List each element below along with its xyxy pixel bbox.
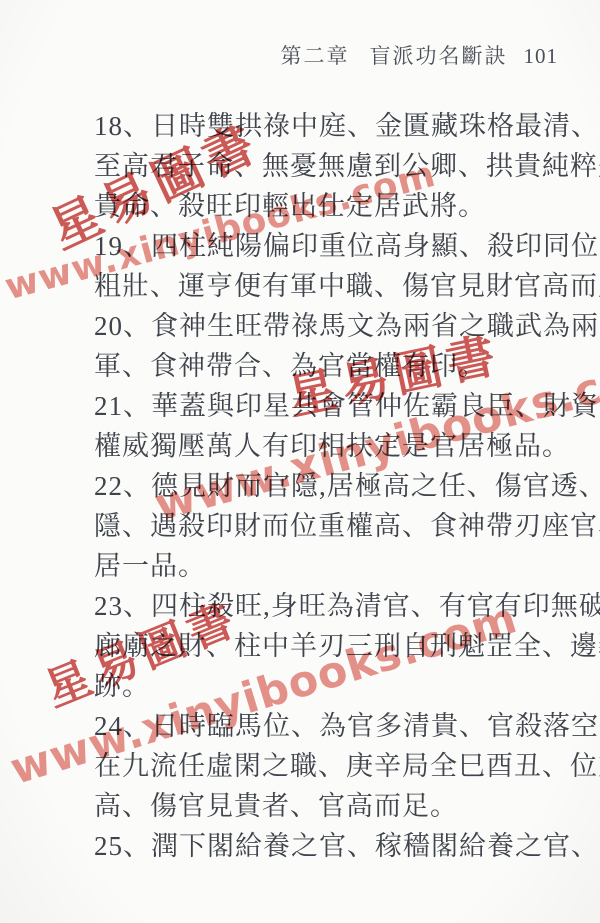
text-line-item-18: 貴命、殺旺印輕出仕定居武將。 — [94, 186, 556, 226]
text-line-item-22: 22、德見財而官隱,居極高之任、傷官透、正官 — [94, 466, 556, 506]
chapter-title: 盲派功名斷訣 — [370, 44, 508, 68]
text-line-item-21: 21、華蓋與印星共會管仲佐霸良臣、財資七殺 — [94, 386, 556, 426]
text-line-item-19: 19、四柱純陽偏印重位高身顯、殺印同位心膽 — [94, 226, 556, 266]
text-line-item-23: 23、四柱殺旺,身旺為清官、有官有印無破、作 — [94, 586, 556, 626]
body-text: 18、日時雙拱祿中庭、金匱藏珠格最清、至貴至高君子命、無憂無慮到公卿、拱貴純粹將… — [94, 106, 556, 866]
text-line-item-24: 在九流任虛閑之職、庚辛局全巳酉丑、位重權 — [94, 746, 556, 786]
text-line-item-20: 20、食神生旺帶祿馬文為兩省之職武為兩省駐 — [94, 306, 556, 346]
text-line-item-22: 居一品。 — [94, 546, 556, 586]
book-page: 第二章盲派功名斷訣101 18、日時雙拱祿中庭、金匱藏珠格最清、至貴至高君子命、… — [0, 0, 600, 923]
text-line-item-23: 跡。 — [94, 666, 556, 706]
text-line-item-18: 18、日時雙拱祿中庭、金匱藏珠格最清、至貴 — [94, 106, 556, 146]
page-number: 101 — [524, 44, 559, 68]
text-line-item-23: 廊廟之財、柱中羊刃三刑自刑魁罡全、邊疆發 — [94, 626, 556, 666]
text-line-item-24: 24、日時臨馬位、為官多清貴、官殺落空亡、 — [94, 706, 556, 746]
text-line-item-22: 隱、遇殺印財而位重權高、食神帶刃座官、官 — [94, 506, 556, 546]
chapter-label: 第二章 — [281, 44, 350, 68]
text-line-item-20: 軍、食神帶合、為官當權有印。 — [94, 346, 556, 386]
page-header: 第二章盲派功名斷訣101 — [281, 40, 559, 70]
text-line-item-18: 至高君子命、無憂無慮到公卿、拱貴純粹將相 — [94, 146, 556, 186]
text-line-item-19: 粗壯、運亨便有軍中職、傷官見財官高而財足。 — [94, 266, 556, 306]
text-line-item-24: 高、傷官見貴者、官高而足。 — [94, 786, 556, 826]
text-line-item-25: 25、潤下閣給養之官、稼穡閣給養之官、馬頭 — [94, 826, 556, 866]
text-line-item-21: 權威獨壓萬人有印相扶定是官居極品。 — [94, 426, 556, 466]
